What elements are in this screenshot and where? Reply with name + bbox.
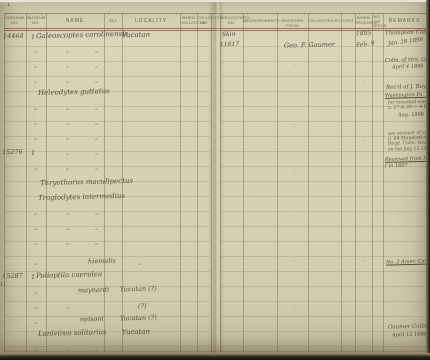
scan-top-edge <box>0 0 430 2</box>
column-rule <box>355 13 356 352</box>
ditto-mark: „ <box>34 318 37 325</box>
subspecies-name: nelsoni <box>80 315 104 324</box>
locality: Yucatan (?) <box>120 285 157 294</box>
header-cell-locality: LOCALITY <box>122 19 180 24</box>
ditto-mark: „ <box>95 62 98 69</box>
column-rule <box>243 13 244 352</box>
entry-number: 15276 <box>2 148 23 157</box>
ditto-mark: „ <box>95 345 98 352</box>
entry-number: 15287 <box>2 272 23 281</box>
header-cell-when-collected: When Collected <box>180 16 197 25</box>
ditto-mark: „ <box>95 239 98 246</box>
entry-number-suffix: 1 <box>31 149 35 157</box>
ditto-mark: „ <box>34 209 37 216</box>
ditto-mark: „ <box>294 62 297 68</box>
right-page-row-lines <box>220 32 426 352</box>
column-rule <box>26 13 27 352</box>
remark: Rec'd of J. Bayfield Esq <box>386 83 430 91</box>
ditto-mark: „ <box>66 119 69 126</box>
ditto-mark: „ <box>95 164 98 171</box>
ditto-mark: „ <box>34 119 37 126</box>
remark: April 4 1896 <box>392 64 424 71</box>
remark: Thompson Colln. <box>385 29 430 36</box>
ditto-mark: „ <box>34 104 37 111</box>
ditto-mark: „ <box>34 62 37 69</box>
header-cell-no-of-specs: No. of Specs <box>372 15 383 29</box>
ditto-mark: „ <box>362 197 365 203</box>
received-from: Geo. F. Gaumer <box>284 40 335 49</box>
page-gutter-fold <box>208 0 224 353</box>
ditto-mark: „ <box>66 209 69 216</box>
ditto-mark: „ <box>294 122 297 128</box>
ditto-mark: „ <box>95 224 98 231</box>
ditto-mark: „ <box>66 239 69 246</box>
header-cell-cost: Cost <box>341 19 355 24</box>
remark: Washington Pa. Feb. 2 1896 <box>385 91 430 99</box>
header-cell-when-received: When Received <box>355 16 372 25</box>
locality: Yucatan <box>122 328 150 337</box>
subspecies-note: hiemalis <box>88 257 116 266</box>
column-rule <box>383 13 384 352</box>
ditto-mark: „ <box>294 257 297 263</box>
remark: p. 27 & 28 — 4 for 2 Pa. <box>388 104 430 110</box>
ditto-mark: „ <box>95 209 98 216</box>
date-received-year: 1895 <box>356 30 371 37</box>
ditto-mark: „ <box>34 134 37 141</box>
entry-number-suffix: 1 <box>31 33 35 41</box>
ditto-mark: „ <box>95 47 98 54</box>
ditto-mark: „ <box>66 134 69 141</box>
header-cell-name: NAME <box>46 19 104 24</box>
remark: April 12 1896 <box>392 332 427 339</box>
header-cell-received-from: Received from <box>277 19 308 28</box>
ditto-mark: „ <box>34 259 37 266</box>
species-name: Polioptila caerulea <box>36 270 102 280</box>
column-rule <box>197 13 198 352</box>
ditto-mark: „ <box>95 77 98 84</box>
ditto-mark: „ <box>138 259 141 266</box>
ledger-scan: Original No. Museum No. NAME Sex LOCALIT… <box>0 0 430 360</box>
ditto-mark: „ <box>34 345 37 352</box>
ditto-mark: „ <box>362 137 365 143</box>
column-rule <box>4 13 5 352</box>
margin-pen-mark: 11 <box>0 282 6 288</box>
ditto-mark: „ <box>66 345 69 352</box>
ditto-mark: „ <box>66 303 69 310</box>
header-cell-museum-no: Museum No. <box>26 16 46 25</box>
ditto-mark: „ <box>362 317 365 323</box>
column-rule <box>372 13 373 352</box>
column-rule <box>180 13 181 352</box>
ditto-mark: „ <box>34 303 37 310</box>
remark: on list July 12 1896 <box>388 146 430 152</box>
ditto-mark: „ <box>294 92 297 98</box>
locality: Yucatan (?) <box>120 314 157 323</box>
ditto-mark: „ <box>294 167 297 173</box>
ditto-mark: „ <box>34 239 37 246</box>
ditto-mark: „ <box>66 149 69 156</box>
subspecies-name: maynardi <box>78 286 109 295</box>
ditto-mark: „ <box>362 257 365 263</box>
entry-number-suffix: 1 <box>31 273 35 281</box>
ditto-mark: „ <box>66 62 69 69</box>
header-cell-remarks: REMARKS <box>383 19 426 24</box>
scan-right-shadow <box>426 0 430 360</box>
ditto-mark: „ <box>362 77 365 83</box>
locality: Yucatan <box>122 31 150 40</box>
scan-bottom-shadow <box>0 353 430 360</box>
header-cell-collected-by-r: Collected by <box>308 19 341 24</box>
ditto-mark: „ <box>34 224 37 231</box>
header-cell-measurements: Measurements <box>243 19 277 24</box>
header-cell-original-no: Original No. <box>4 16 26 25</box>
ditto-mark: „ <box>66 164 69 171</box>
ledger-book: Original No. Museum No. NAME Sex LOCALIT… <box>0 0 427 353</box>
ditto-mark: „ <box>95 104 98 111</box>
column-rule <box>341 13 342 352</box>
ditto-mark: „ <box>66 104 69 111</box>
column-rule <box>277 13 278 352</box>
header-cell-sex: Sex <box>104 19 122 24</box>
locality: (?) <box>138 302 147 310</box>
ditto-mark: „ <box>95 149 98 156</box>
ditto-mark: „ <box>294 212 297 218</box>
ditto-mark: „ <box>66 77 69 84</box>
ditto-mark: „ <box>34 47 37 54</box>
ditto-mark: „ <box>95 119 98 126</box>
ditto-mark: „ <box>66 224 69 231</box>
ditto-mark: „ <box>34 288 37 295</box>
remark: Aug. 1896 <box>398 112 424 119</box>
ditto-mark: „ <box>34 77 37 84</box>
entry-number: 14464 <box>3 32 24 41</box>
ditto-mark: „ <box>66 47 69 54</box>
remark: No. 2 Amer. Colln. <box>386 258 430 265</box>
ditto-mark: „ <box>294 302 297 308</box>
remark: ( in 1897 <box>385 163 408 170</box>
remark: Gaumer Colln. <box>388 323 429 330</box>
ditto-mark: „ <box>34 164 37 171</box>
column-rule <box>308 13 309 352</box>
ditto-mark: „ <box>95 134 98 141</box>
